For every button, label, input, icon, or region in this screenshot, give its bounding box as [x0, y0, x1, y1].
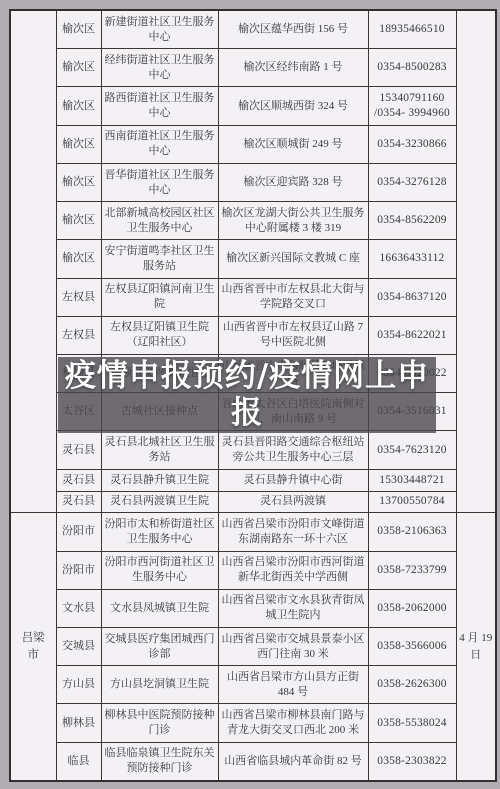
address-cell: 榆次区龙湖大街公共卫生服务中心附属楼 3 楼 319: [218, 202, 368, 240]
facility-cell: 灵石县静升镇卫生院: [101, 469, 218, 491]
district-cell: 临县: [56, 742, 101, 781]
address-cell: 山西省临县城内革命街 82 号: [218, 742, 368, 781]
phone-cell: 0354-3230866: [368, 125, 456, 163]
address-cell: 山西省吕梁市汾阳市西河街道新华北街西关中学西侧: [218, 551, 368, 589]
table-row: 灵石县 灵石县两渡镇卫生院 灵石县两渡镇 13700550784: [10, 491, 496, 513]
district-cell: 榆次区: [56, 87, 101, 125]
facility-cell: 灵石县两渡镇卫生院: [101, 491, 218, 513]
facility-cell: 左权县辽阳镇卫生院（辽阳社区）: [101, 316, 218, 354]
address-cell: 山西省晋中市左权县辽山路 7 号中医院北侧: [218, 316, 368, 354]
table-row: 文水县 文水县凤城镇卫生院 山西省吕梁市文水县狄青街凤城卫生院内 0358-20…: [10, 589, 496, 627]
phone-cell: 0354-8637120: [368, 278, 456, 316]
address-cell: 榆次区蕴华西街 156 号: [218, 10, 368, 49]
phone-cell: 0358-3566006: [368, 627, 456, 665]
table-row: 柳林县 柳林县中医院预防接种门诊 山西省吕梁市柳林县南门路与青龙大街交叉口西北 …: [10, 704, 496, 742]
facility-cell: 左权县辽阳镇河南卫生院: [101, 278, 218, 316]
district-cell: 文水县: [56, 589, 101, 627]
facility-cell: 安宁街道鸣李社区卫生服务站: [101, 240, 218, 278]
phone-cell: 0358-5538024: [368, 704, 456, 742]
address-cell: 榆次区顺城街 249 号: [218, 125, 368, 163]
address-cell: 山西省吕梁市交城县景泰小区西门往南 30 米: [218, 627, 368, 665]
district-cell: 方山县: [56, 666, 101, 704]
banner-overlay: 疫情申报预约/疫情网上申 报: [58, 357, 436, 433]
address-cell: 灵石县两渡镇: [218, 491, 368, 513]
facility-cell: 汾阳市西河街道社区卫生服务中心: [101, 551, 218, 589]
date-cell: 4 月 19 日: [456, 513, 496, 781]
phone-cell: 0354-8500283: [368, 49, 456, 87]
address-cell: 山西省吕梁市汾阳市文峰街道东湖南路东一环十六区: [218, 513, 368, 551]
address-cell: 榆次区经纬南路 1 号: [218, 49, 368, 87]
address-cell: 山西省晋中市左权县北大街与学院路交叉口: [218, 278, 368, 316]
phone-cell: 0358-2626300: [368, 666, 456, 704]
address-cell: 灵石县静升镇中心街: [218, 469, 368, 491]
district-cell: 柳林县: [56, 704, 101, 742]
district-cell: 汾阳市: [56, 513, 101, 551]
phone-cell: 0354-8622021: [368, 316, 456, 354]
table-row: 临县 临县临泉镇卫生院东关预防接种门诊 山西省临县城内革命街 82 号 0358…: [10, 742, 496, 781]
phone-cell: 0358-2303822: [368, 742, 456, 781]
facility-cell: 灵石县北城社区卫生服务站: [101, 431, 218, 469]
address-cell: 山西省吕梁市文水县狄青街凤城卫生院内: [218, 589, 368, 627]
table-row: 榆次区 北部新城高校园区社区卫生服务中心 榆次区龙湖大街公共卫生服务中心附属楼 …: [10, 202, 496, 240]
address-cell: 山西省吕梁市方山县方正街 484 号: [218, 666, 368, 704]
facility-cell: 晋华街道社区卫生服务中心: [101, 163, 218, 201]
table-row: 榆次区 西南街道社区卫生服务中心 榆次区顺城街 249 号 0354-32308…: [10, 125, 496, 163]
facility-cell: 新建街道社区卫生服务中心: [101, 10, 218, 49]
phone-cell: 15340791160 /0354- 3994960: [368, 87, 456, 125]
phone-cell: 0354-8562209: [368, 202, 456, 240]
district-cell: 榆次区: [56, 49, 101, 87]
address-cell: 灵石县晋阳路交通综合枢纽站旁公共卫生服务中心三层: [218, 431, 368, 469]
photo-background: { "page": { "background_color": "#b1aeb3…: [0, 0, 500, 789]
facility-cell: 文水县凤城镇卫生院: [101, 589, 218, 627]
phone-cell: 0358-7233799: [368, 551, 456, 589]
city-cell: [10, 10, 56, 513]
table-row: 灵石县 灵石县静升镇卫生院 灵石县静升镇中心街 15303448721: [10, 469, 496, 491]
facility-cell: 临县临泉镇卫生院东关预防接种门诊: [101, 742, 218, 781]
banner-text-line1: 疫情申报预约/疫情网上申: [65, 358, 429, 395]
district-cell: 灵石县: [56, 491, 101, 513]
banner-text-line2: 报: [231, 395, 263, 432]
phone-cell: 0354-7623120: [368, 431, 456, 469]
table-row: 榆次区 新建街道社区卫生服务中心 榆次区蕴华西街 156 号 189354665…: [10, 10, 496, 49]
district-cell: 灵石县: [56, 469, 101, 491]
district-cell: 榆次区: [56, 163, 101, 201]
table-row: 方山县 方山县圪洞镇卫生院 山西省吕梁市方山县方正街 484 号 0358-26…: [10, 666, 496, 704]
city-cell: 吕梁市: [10, 513, 56, 781]
table-row: 榆次区 晋华街道社区卫生服务中心 榆次区迎宾路 328 号 0354-32761…: [10, 163, 496, 201]
facility-cell: 路西街道社区卫生服务中心: [101, 87, 218, 125]
phone-cell: 0358-2106363: [368, 513, 456, 551]
address-cell: 榆次区迎宾路 328 号: [218, 163, 368, 201]
district-cell: 灵石县: [56, 431, 101, 469]
phone-cell: 15303448721: [368, 469, 456, 491]
address-cell: 山西省吕梁市柳林县南门路与青龙大街交叉口西北 200 米: [218, 704, 368, 742]
district-cell: 左权县: [56, 278, 101, 316]
facility-cell: 方山县圪洞镇卫生院: [101, 666, 218, 704]
table-row: 吕梁市汾阳市 汾阳市太和桥街道社区卫生服务中心 山西省吕梁市汾阳市文峰街道东湖南…: [10, 513, 496, 551]
table-row: 灵石县 灵石县北城社区卫生服务站 灵石县晋阳路交通综合枢纽站旁公共卫生服务中心三…: [10, 431, 496, 469]
phone-cell: 18935466510: [368, 10, 456, 49]
table-row: 汾阳市 汾阳市西河街道社区卫生服务中心 山西省吕梁市汾阳市西河街道新华北街西关中…: [10, 551, 496, 589]
phone-cell: 0358-2062000: [368, 589, 456, 627]
date-cell: [456, 10, 496, 513]
district-cell: 汾阳市: [56, 551, 101, 589]
facility-cell: 柳林县中医院预防接种门诊: [101, 704, 218, 742]
district-cell: 交城县: [56, 627, 101, 665]
table-row: 榆次区 经纬街道社区卫生服务中心 榆次区经纬南路 1 号 0354-850028…: [10, 49, 496, 87]
district-cell: 榆次区: [56, 10, 101, 49]
phone-cell: 13700550784: [368, 491, 456, 513]
address-cell: 榆次区新兴国际文教城 C 座: [218, 240, 368, 278]
table-row: 左权县 左权县辽阳镇卫生院（辽阳社区） 山西省晋中市左权县辽山路 7 号中医院北…: [10, 316, 496, 354]
facility-cell: 汾阳市太和桥街道社区卫生服务中心: [101, 513, 218, 551]
phone-cell: 0354-3276128: [368, 163, 456, 201]
table-row: 榆次区 安宁街道鸣李社区卫生服务站 榆次区新兴国际文教城 C 座 1663643…: [10, 240, 496, 278]
table-row: 交城县 交城县医疗集团城西门诊部 山西省吕梁市交城县景泰小区西门往南 30 米 …: [10, 627, 496, 665]
facility-cell: 西南街道社区卫生服务中心: [101, 125, 218, 163]
facility-cell: 北部新城高校园区社区卫生服务中心: [101, 202, 218, 240]
district-cell: 左权县: [56, 316, 101, 354]
table-row: 榆次区 路西街道社区卫生服务中心 榆次区顺城西街 324 号 153407911…: [10, 87, 496, 125]
facility-cell: 经纬街道社区卫生服务中心: [101, 49, 218, 87]
phone-cell: 16636433112: [368, 240, 456, 278]
district-cell: 榆次区: [56, 240, 101, 278]
district-cell: 榆次区: [56, 202, 101, 240]
district-cell: 榆次区: [56, 125, 101, 163]
facility-cell: 交城县医疗集团城西门诊部: [101, 627, 218, 665]
table-row: 左权县 左权县辽阳镇河南卫生院 山西省晋中市左权县北大街与学院路交叉口 0354…: [10, 278, 496, 316]
address-cell: 榆次区顺城西街 324 号: [218, 87, 368, 125]
